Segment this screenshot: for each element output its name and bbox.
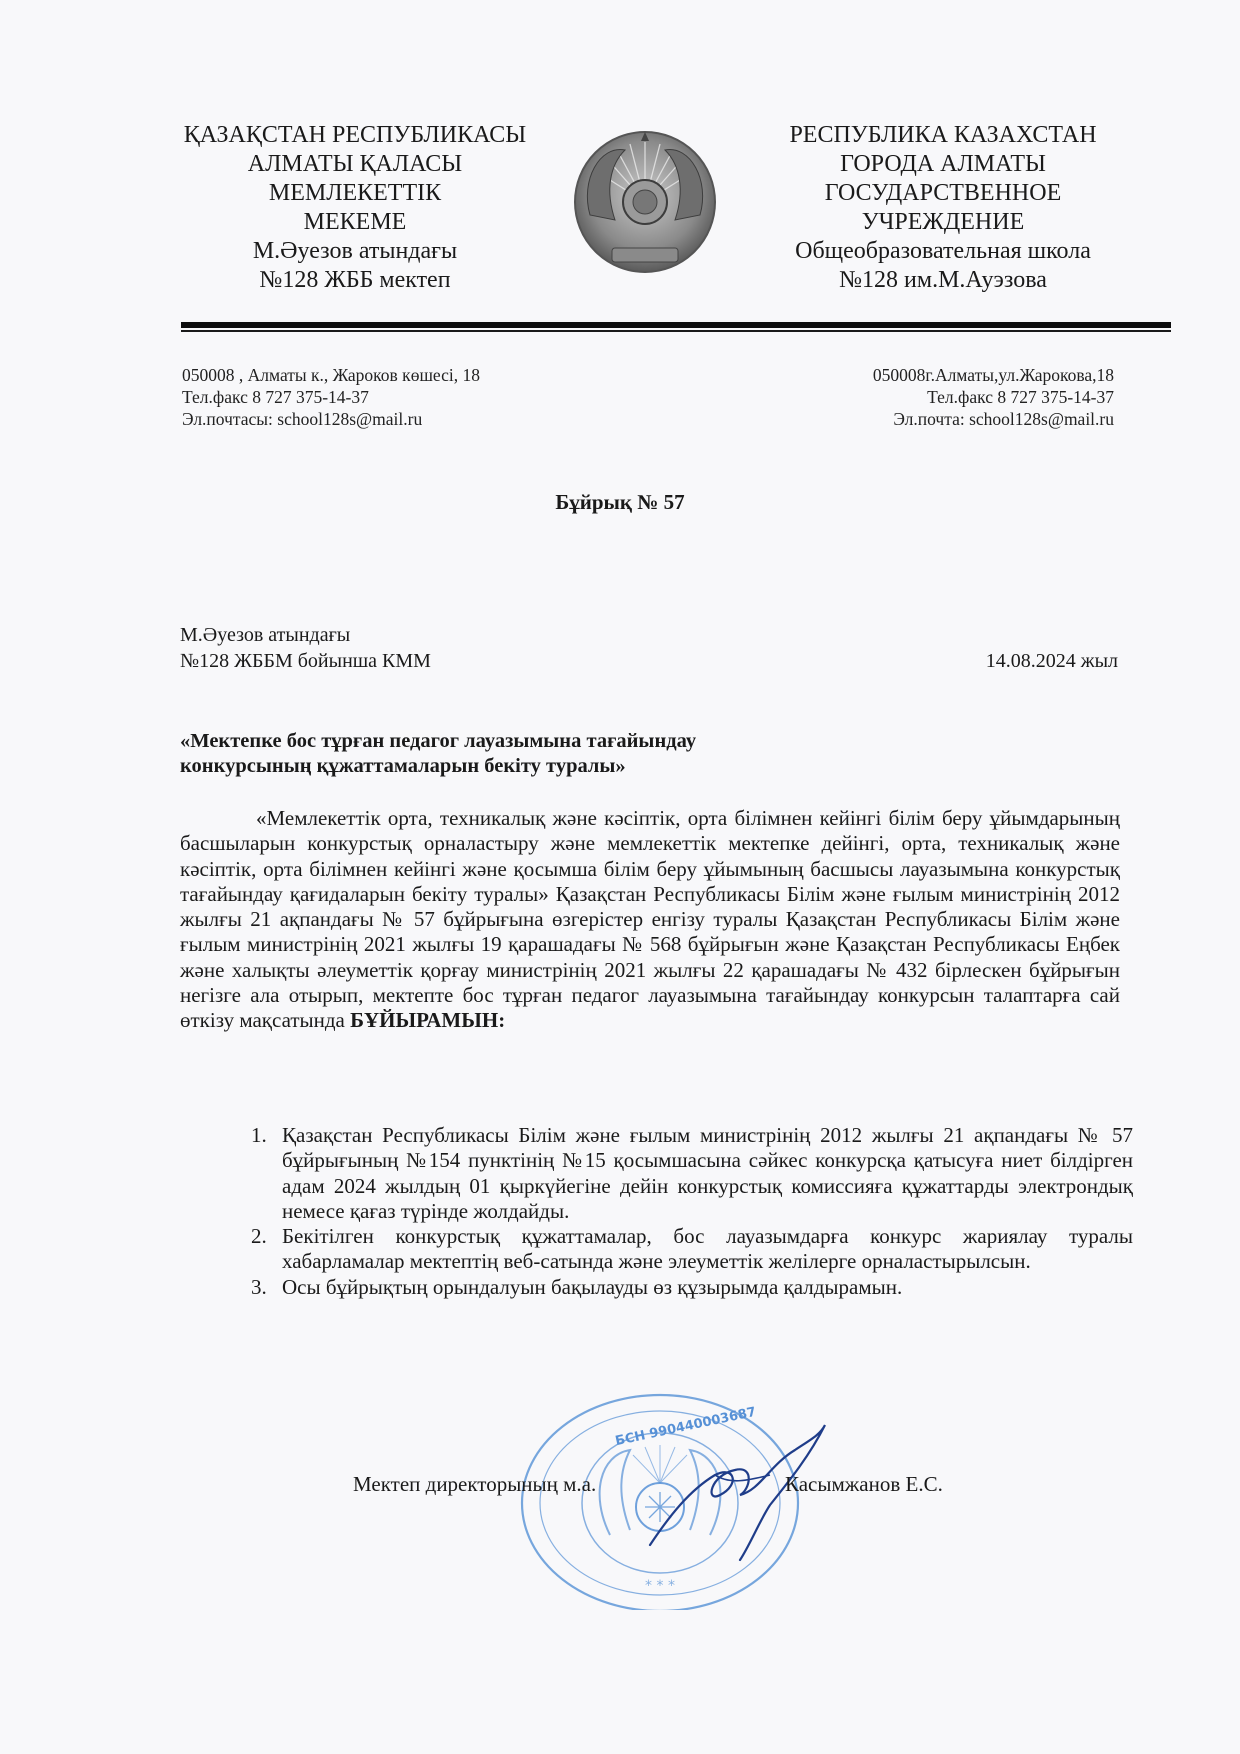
header-line: ГОРОДА АЛМАТЫ	[748, 150, 1138, 179]
contact-address: 050008г.Алматы,ул.Жарокова,18	[873, 364, 1114, 386]
header-line: Общеобразовательная школа	[748, 237, 1138, 266]
document-page: ҚАЗАҚСТАН РЕСПУБЛИКАСЫ АЛМАТЫ ҚАЛАСЫ МЕМ…	[0, 0, 1240, 1754]
contact-email: Эл.почта: school128s@mail.ru	[873, 408, 1114, 430]
order-item: 2. Бекітілген конкурстық құжаттамалар, б…	[238, 1224, 1133, 1275]
order-items: 1. Қазақстан Республикасы Білім және ғыл…	[238, 1123, 1133, 1300]
order-item: 3. Осы бұйрықтың орындалуын бақылауды өз…	[238, 1275, 1133, 1300]
svg-text:* * *: * * *	[645, 1578, 675, 1594]
header-line: №128 им.М.Ауэзова	[748, 266, 1138, 295]
issuing-organization: М.Әуезов атындағы №128 ЖББМ бойынша КММ	[180, 622, 431, 674]
item-text: Қазақстан Республикасы Білім және ғылым …	[282, 1123, 1133, 1223]
contact-email: Эл.почтасы: school128s@mail.ru	[182, 408, 480, 430]
item-text: Бекітілген конкурстық құжаттамалар, бос …	[282, 1224, 1133, 1273]
contact-phone: Тел.факс 8 727 375-14-37	[873, 386, 1114, 408]
contact-phone: Тел.факс 8 727 375-14-37	[182, 386, 480, 408]
header-line: ГОСУДАРСТВЕННОЕ	[748, 179, 1138, 208]
subject-line: конкурсының құжаттамаларын бекіту туралы…	[180, 754, 696, 779]
header-line: МЕМЛЕКЕТТІК	[160, 179, 550, 208]
header-line: РЕСПУБЛИКА КАЗАХСТАН	[748, 121, 1138, 150]
order-date: 14.08.2024 жыл	[986, 648, 1118, 674]
subject-line: «Мектепке бос тұрған педагог лауазымына …	[180, 729, 696, 754]
state-emblem-icon	[570, 120, 720, 280]
org-line: №128 ЖББМ бойынша КММ	[180, 648, 431, 674]
order-preamble: «Мемлекеттік орта, техникалық және кәсіп…	[180, 806, 1120, 1034]
signatory-role: Мектеп директорының м.а.	[353, 1472, 596, 1497]
org-line: М.Әуезов атындағы	[180, 622, 431, 648]
header-line: №128 ЖББ мектеп	[160, 266, 550, 295]
item-number: 2.	[251, 1224, 267, 1249]
header-divider	[181, 322, 1171, 332]
directive-word: БҰЙЫРАМЫН:	[350, 1008, 505, 1032]
contacts-russian: 050008г.Алматы,ул.Жарокова,18 Тел.факс 8…	[873, 364, 1114, 430]
order-item: 1. Қазақстан Республикасы Білім және ғыл…	[238, 1123, 1133, 1224]
header-line: АЛМАТЫ ҚАЛАСЫ	[160, 150, 550, 179]
order-subject: «Мектепке бос тұрған педагог лауазымына …	[180, 729, 696, 779]
header-line: ҚАЗАҚСТАН РЕСПУБЛИКАСЫ	[160, 121, 550, 150]
item-text: Осы бұйрықтың орындалуын бақылауды өз құ…	[282, 1275, 902, 1299]
item-number: 3.	[251, 1275, 267, 1300]
header-kazakh: ҚАЗАҚСТАН РЕСПУБЛИКАСЫ АЛМАТЫ ҚАЛАСЫ МЕМ…	[160, 121, 550, 295]
header-line: МЕКЕМЕ	[160, 208, 550, 237]
order-title: Бұйрық № 57	[0, 490, 1240, 515]
contacts-kazakh: 050008 , Алматы к., Жароков көшесі, 18 Т…	[182, 364, 480, 430]
item-number: 1.	[251, 1123, 267, 1148]
header-line: М.Әуезов атындағы	[160, 237, 550, 266]
header-line: УЧРЕЖДЕНИЕ	[748, 208, 1138, 237]
header-russian: РЕСПУБЛИКА КАЗАХСТАН ГОРОДА АЛМАТЫ ГОСУД…	[748, 121, 1138, 295]
contact-address: 050008 , Алматы к., Жароков көшесі, 18	[182, 364, 480, 386]
preamble-text: «Мемлекеттік орта, техникалық және кәсіп…	[180, 806, 1120, 1032]
signatory-name: Касымжанов Е.С.	[785, 1472, 943, 1497]
